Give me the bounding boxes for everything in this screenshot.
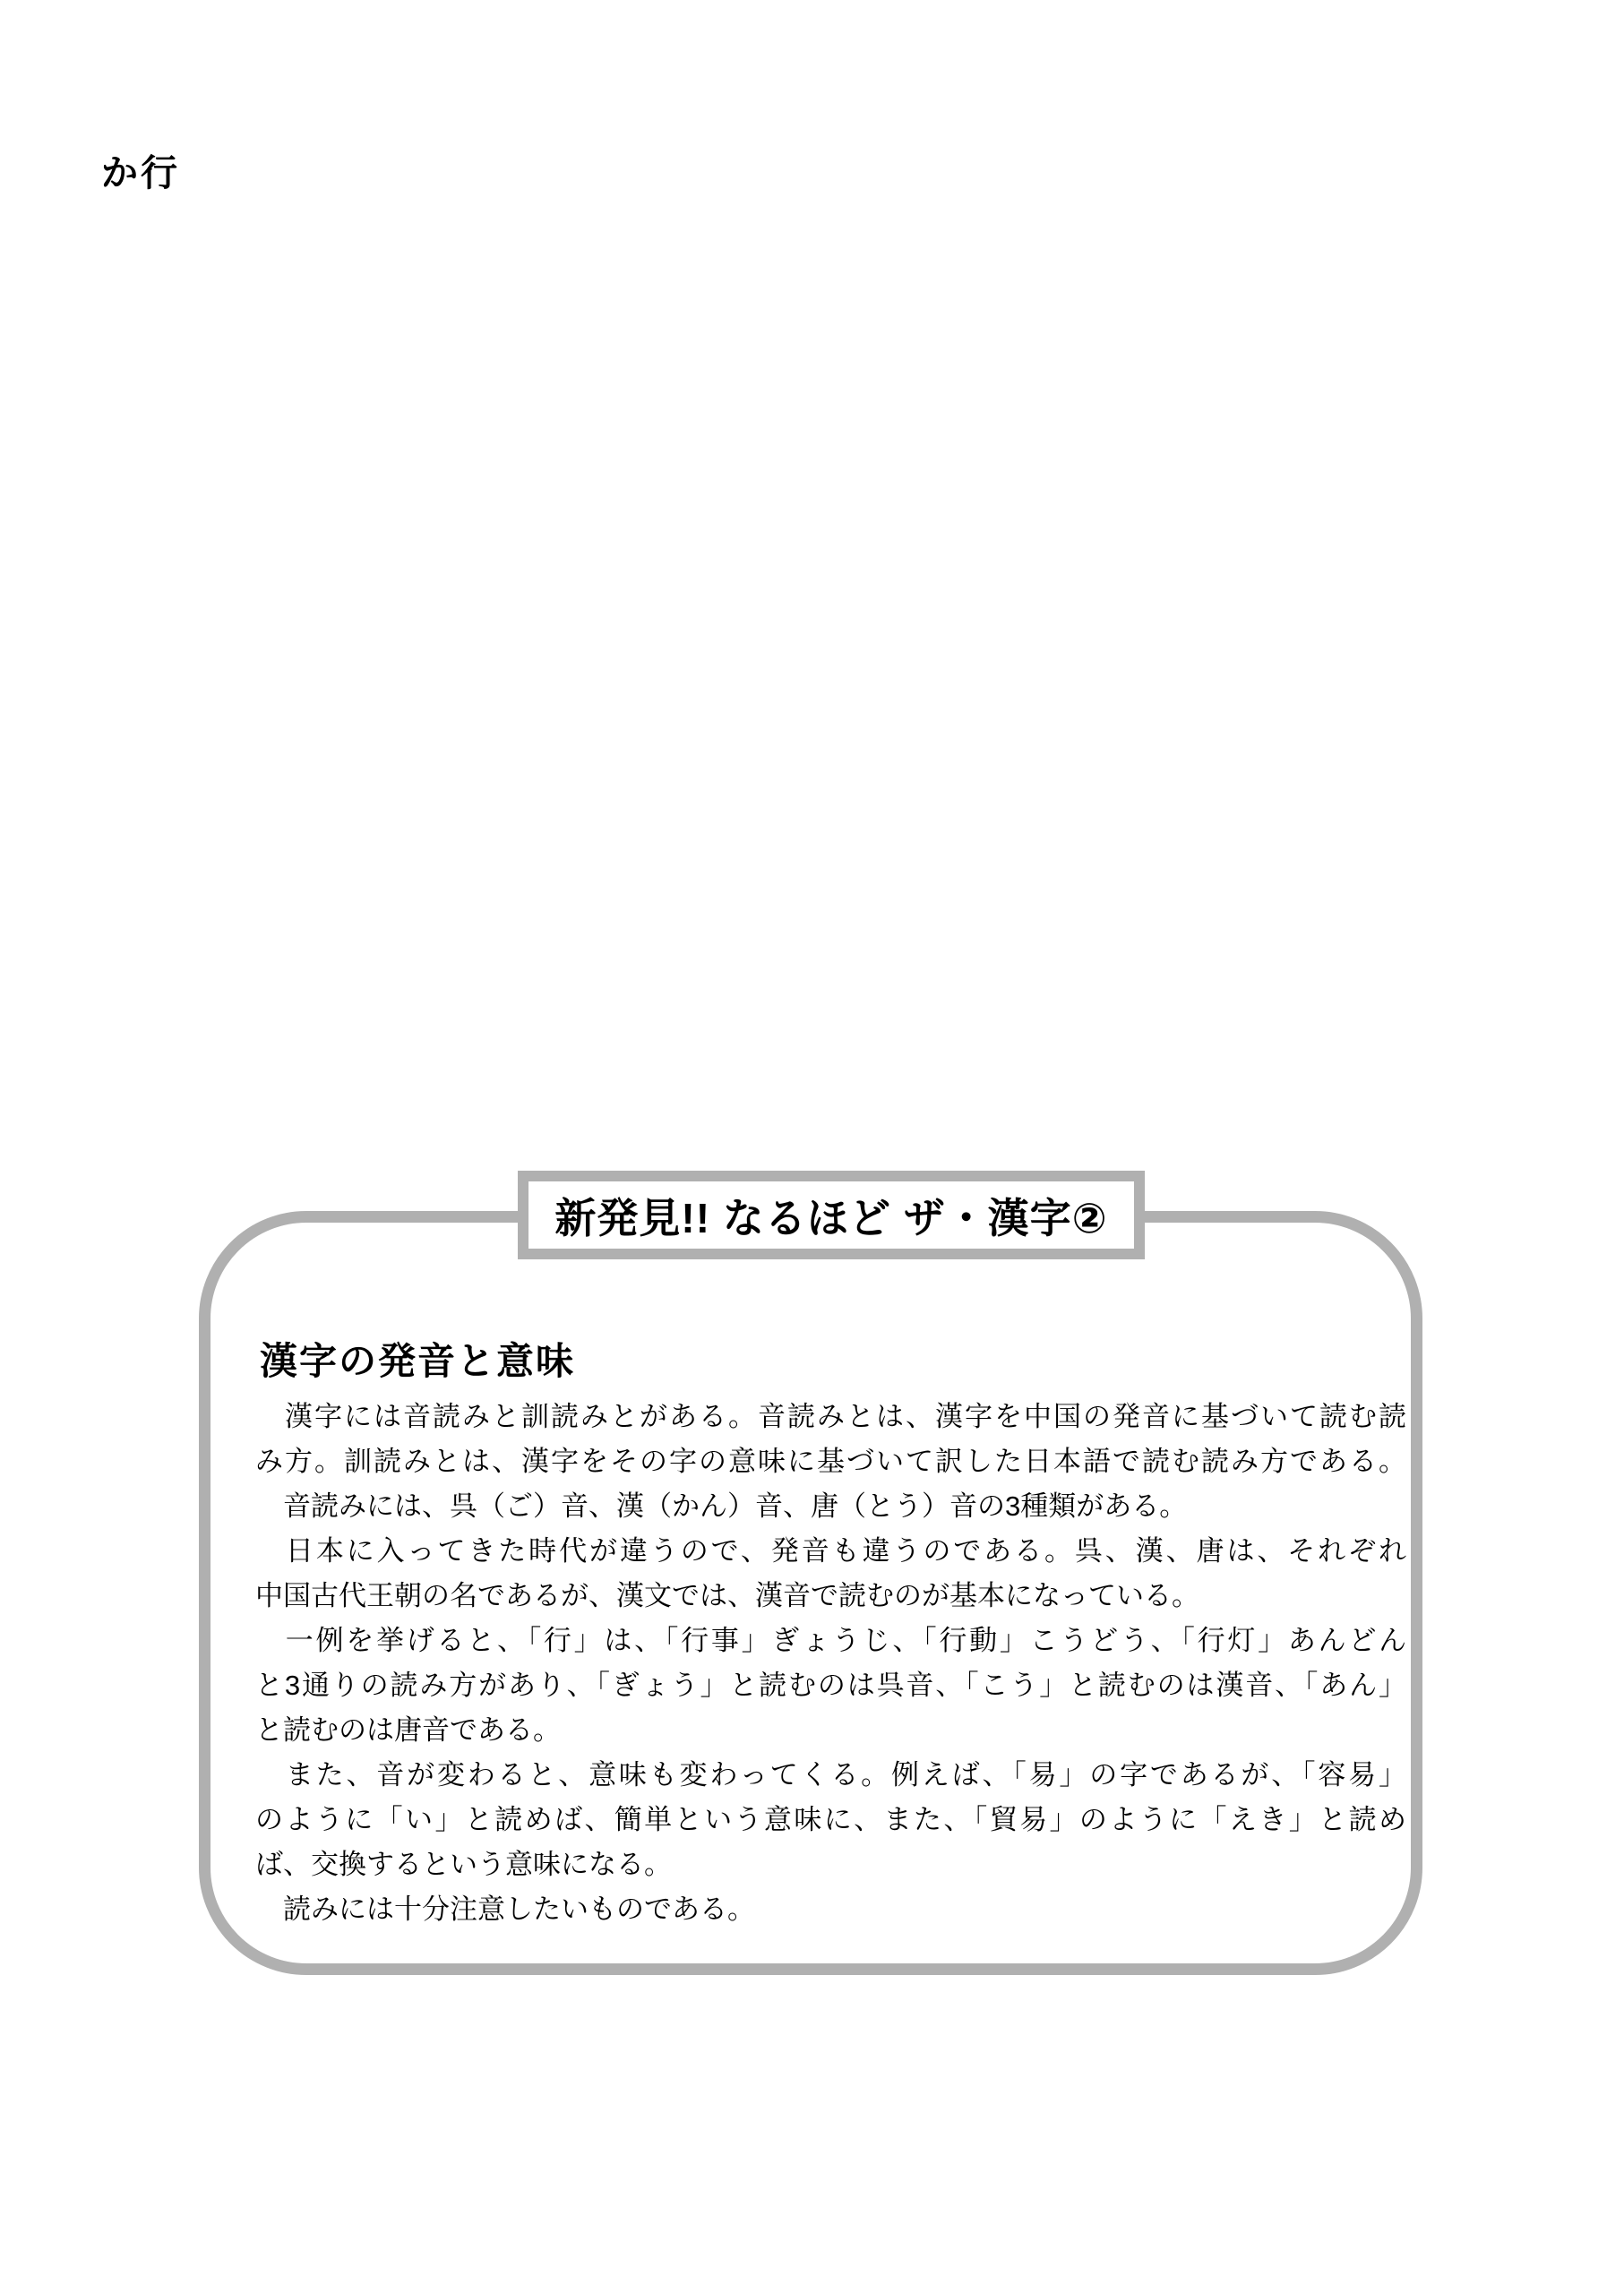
emphasis-dotted-text: こう — [1030, 1625, 1091, 1656]
body-text: ば、交換するという意味になる。 — [255, 1849, 672, 1880]
panel-title-box: 新発見!! なるほど ザ・漢字② — [518, 1171, 1145, 1259]
feature-panel: 漢字の発音と意味 漢字には音読みと訓読みとがある。音読みとは、漢字を中国の発音に… — [199, 1211, 1422, 1975]
emphasis-dotted-text: 行 — [939, 1625, 969, 1656]
panel-title: 新発見!! なるほど ザ・漢字② — [554, 1186, 1107, 1245]
panel-body: 漢字には音読みと訓読みとがある。音読みとは、漢字を中国の発音に基づいて読む読み方… — [255, 1395, 1406, 1932]
body-line: のように「い」と読めば、簡単という意味に、また、「貿易」のように「えき」と読め — [255, 1798, 1406, 1842]
body-line: と3通りの読み方があり、「ぎょう」と読むのは呉音、「こう」と読むのは漢音、「あん… — [255, 1663, 1406, 1708]
body-text: どう、「 — [1090, 1625, 1197, 1656]
body-line: 中国古代王朝の名であるが、漢文では、漢音で読むのが基本になっている。 — [255, 1574, 1406, 1619]
emphasis-dotted-text: あん — [1288, 1625, 1349, 1656]
body-line: み方。訓読みとは、漢字をその字の意味に基づいて訳した日本語で読む読み方である。 — [255, 1439, 1406, 1484]
body-line: 読みには十分注意したいものである。 — [255, 1887, 1406, 1932]
body-text: と3通りの読み方があり、「ぎょう」と読むのは呉音、「こう」と読むのは漢音、「あん… — [255, 1670, 1406, 1701]
emphasis-dotted-text: ぎょう — [771, 1625, 862, 1656]
body-text: 事」 — [711, 1625, 772, 1656]
body-text: 日本に入ってきた時代が違うので、発音も違うのである。呉、漢、唐は、それぞれ — [255, 1535, 1406, 1567]
body-line: 日本に入ってきた時代が違うので、発音も違うのである。呉、漢、唐は、それぞれ — [255, 1529, 1406, 1574]
body-line: と読むのは唐音である。 — [255, 1708, 1406, 1753]
body-line: 一例を挙げると、「行」は、「行事」ぎょうじ、「行動」こうどう、「行灯」あんどん — [255, 1619, 1406, 1663]
body-text: どん — [1348, 1625, 1406, 1656]
body-text: のように「い」と読めば、簡単という意味に、また、「貿易」のように「えき」と読め — [255, 1804, 1406, 1835]
body-text: また、音が変わると、意味も変わってくる。例えば、「易」の字であるが、「容易」 — [255, 1759, 1406, 1791]
body-line: また、音が変わると、意味も変わってくる。例えば、「易」の字であるが、「容易」 — [255, 1753, 1406, 1798]
body-text: 動」 — [969, 1625, 1030, 1656]
body-text: 中国古代王朝の名であるが、漢文では、漢音で読むのが基本になっている。 — [255, 1580, 1199, 1611]
panel-heading: 漢字の発音と意味 — [260, 1332, 575, 1386]
body-text: 読みには十分注意したいものである。 — [255, 1894, 755, 1925]
emphasis-dotted-text: 行 — [1198, 1625, 1228, 1656]
book-page: か行 新発見!! なるほど ザ・漢字② 漢字の発音と意味 漢字には音読みと訓読み… — [0, 0, 1624, 2293]
body-line: 漢字には音読みと訓読みとがある。音読みとは、漢字を中国の発音に基づいて読む読 — [255, 1395, 1406, 1439]
body-text: 漢字には音読みと訓読みとがある。音読みとは、漢字を中国の発音に基づいて読む読 — [255, 1401, 1406, 1432]
body-text: 灯」 — [1227, 1625, 1288, 1656]
body-line: ば、交換するという意味になる。 — [255, 1842, 1406, 1887]
kana-row-header: か行 — [101, 143, 180, 196]
emphasis-dotted-text: 行 — [681, 1625, 711, 1656]
body-text: じ、「 — [863, 1625, 940, 1656]
body-text: 音読みには、呉（ご）音、漢（かん）音、唐（とう）音の3種類がある。 — [255, 1490, 1187, 1522]
body-text: み方。訓読みとは、漢字をその字の意味に基づいて訳した日本語で読む読み方である。 — [255, 1446, 1406, 1477]
body-text: 一例を挙げると、「行」は、「 — [255, 1625, 681, 1656]
body-line: 音読みには、呉（ご）音、漢（かん）音、唐（とう）音の3種類がある。 — [255, 1484, 1406, 1529]
body-text: と読むのは唐音である。 — [255, 1714, 561, 1746]
